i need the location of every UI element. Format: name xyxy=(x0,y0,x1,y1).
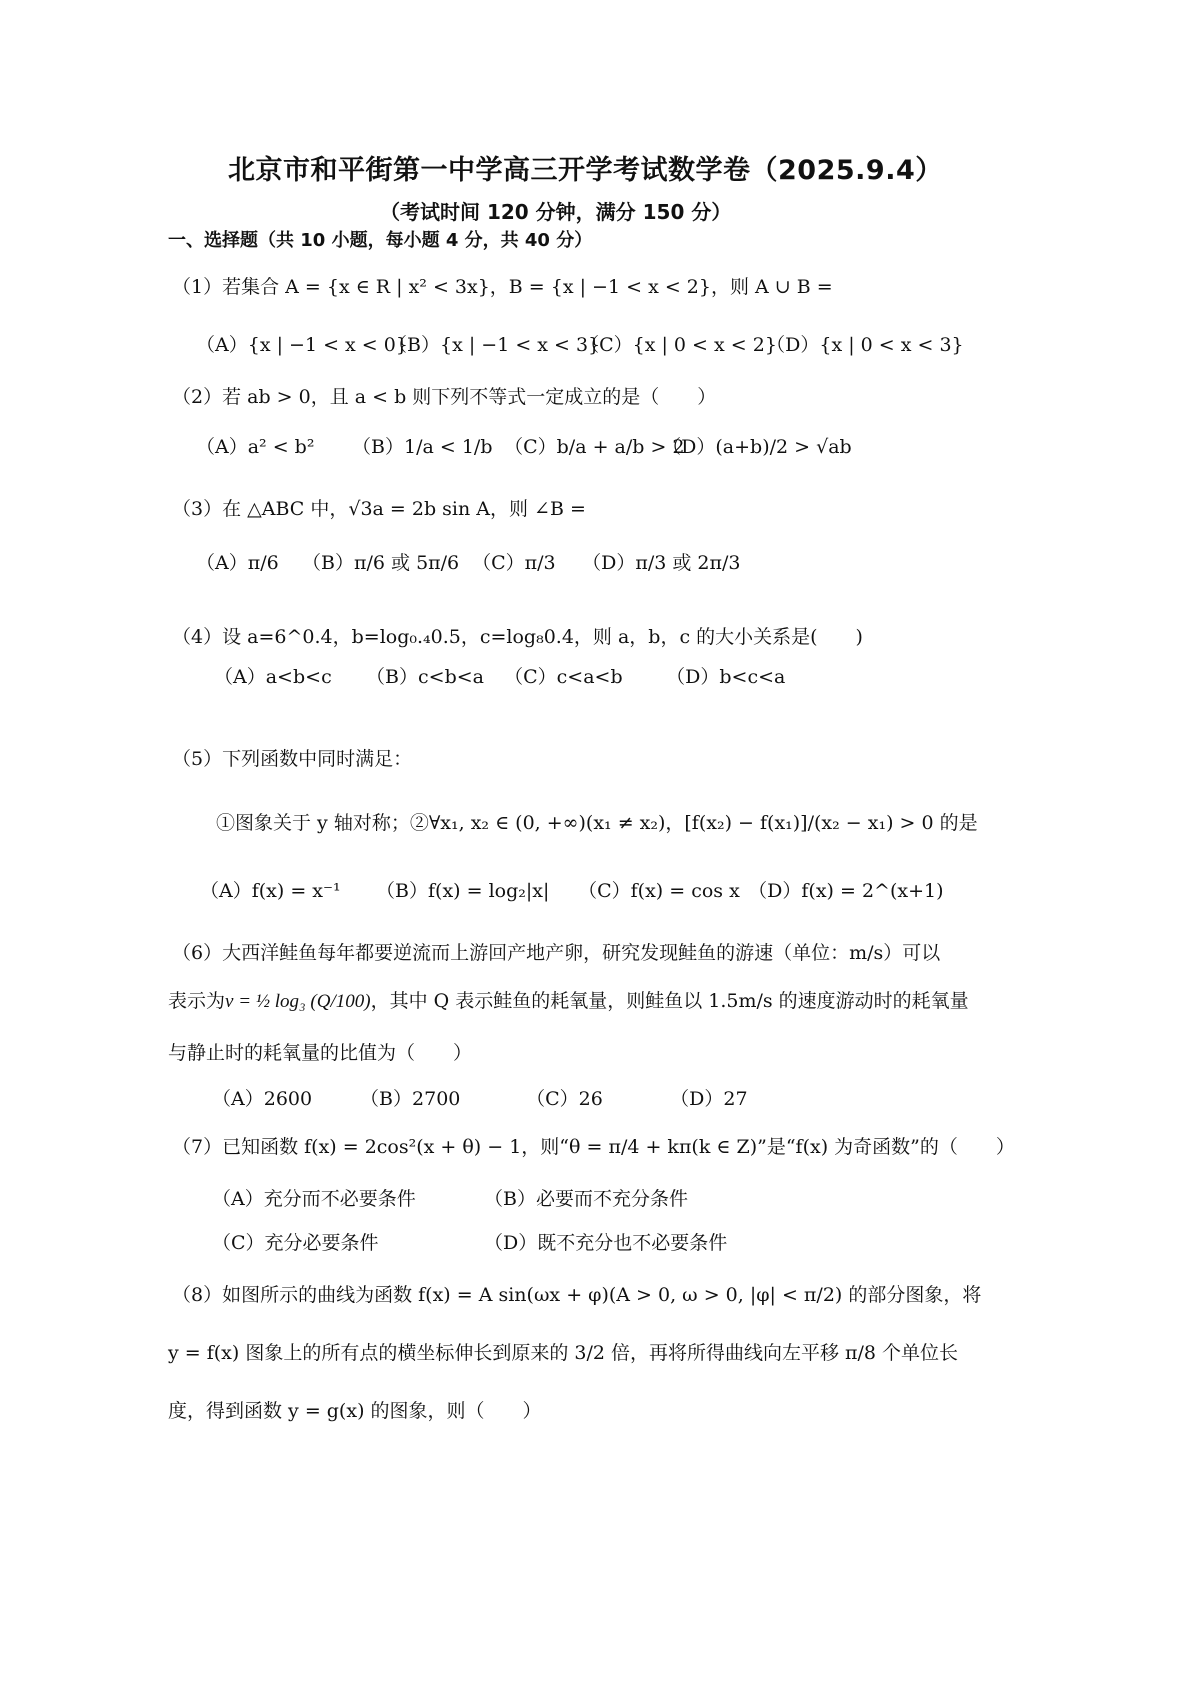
question-1-stem: （1）若集合 A = {x ∈ R | x² < 3x}，B = {x | −1… xyxy=(172,276,833,299)
question-6-stem-line2: 表示为v = ½ log₃ (Q/100)，其中 Q 表示鲑鱼的耗氧量，则鲑鱼以… xyxy=(168,990,969,1014)
question-number: （1） xyxy=(172,276,222,298)
question-5-stem: （5）下列函数中同时满足： xyxy=(172,748,412,771)
option-a[interactable]: （A）f(x) = x⁻¹ xyxy=(200,880,370,903)
option-a[interactable]: （A）a<b<c xyxy=(214,666,360,689)
question-6-stem-line1: （6）大西洋鲑鱼每年都要逆流而上游回产地产卵，研究发现鲑鱼的游速（单位：m/s）… xyxy=(172,942,940,965)
question-5-condition: ①图象关于 y 轴对称；②∀x₁, x₂ ∈ (0, +∞)(x₁ ≠ x₂)，… xyxy=(216,812,978,835)
option-b[interactable]: （B）必要而不充分条件 xyxy=(484,1188,688,1211)
option-a[interactable]: （A）a² < b² xyxy=(196,436,346,459)
question-4-options: （A）a<b<c （B）c<b<a （C）c<a<b （D）b<c<a xyxy=(214,666,785,689)
question-text: 下列函数中同时满足： xyxy=(222,748,412,770)
question-5-options: （A）f(x) = x⁻¹ （B）f(x) = log₂|x| （C）f(x) … xyxy=(200,880,944,903)
question-number: （5） xyxy=(172,748,222,770)
question-text: 已知函数 f(x) = 2cos²(x + θ) − 1，则“θ = π/4 +… xyxy=(222,1136,1015,1158)
option-d[interactable]: （D）f(x) = 2^(x+1) xyxy=(748,880,943,903)
question-7-stem: （7）已知函数 f(x) = 2cos²(x + θ) − 1，则“θ = π/… xyxy=(172,1136,1015,1159)
option-a[interactable]: （A）充分而不必要条件 xyxy=(212,1188,478,1211)
question-2-options: （A）a² < b² （B）1/a < 1/b （C）b/a + a/b > 2… xyxy=(196,436,852,459)
question-text: 若集合 A = {x ∈ R | x² < 3x}，B = {x | −1 < … xyxy=(222,276,833,298)
option-c[interactable]: （C）{x | 0 < x < 2} xyxy=(580,334,760,357)
question-number: （4） xyxy=(172,626,222,648)
question-4-stem: （4）设 a=6^0.4，b=log₀.₄0.5，c=log₈0.4，则 a，b… xyxy=(172,626,863,649)
option-b[interactable]: （B）1/a < 1/b xyxy=(352,436,498,459)
option-c[interactable]: （C）26 xyxy=(526,1088,664,1111)
question-7-options-row2: （C）充分必要条件 （D）既不充分也不必要条件 xyxy=(212,1232,727,1255)
option-b[interactable]: （B）f(x) = log₂|x| xyxy=(376,880,572,903)
option-d[interactable]: （D）(a+b)/2 > √ab xyxy=(662,436,852,459)
question-8-stem-line3: 度，得到函数 y = g(x) 的图象，则（ ） xyxy=(168,1400,542,1423)
option-b[interactable]: （B）{x | −1 < x < 3} xyxy=(388,334,574,357)
question-number: （2） xyxy=(172,386,222,408)
question-6-stem-line3: 与静止时的耗氧量的比值为（ ） xyxy=(168,1042,472,1065)
exam-title: 北京市和平街第一中学高三开学考试数学卷（2025.9.4） xyxy=(228,148,943,187)
question-8-stem-line1: （8）如图所示的曲线为函数 f(x) = A sin(ωx + φ)(A > 0… xyxy=(172,1284,981,1307)
question-number: （7） xyxy=(172,1136,222,1158)
option-a[interactable]: （A）2600 xyxy=(212,1088,354,1111)
option-c[interactable]: （C）充分必要条件 xyxy=(212,1232,478,1255)
option-d[interactable]: （D）既不充分也不必要条件 xyxy=(484,1232,727,1255)
question-number: （8） xyxy=(172,1284,222,1306)
option-d[interactable]: （D）{x | 0 < x < 3} xyxy=(766,334,964,357)
option-c[interactable]: （C）π/3 xyxy=(472,552,576,575)
question-3-options: （A）π/6 （B）π/6 或 5π/6 （C）π/3 （D）π/3 或 2π/… xyxy=(196,552,741,575)
question-text: 设 a=6^0.4，b=log₀.₄0.5，c=log₈0.4，则 a，b，c … xyxy=(222,626,863,648)
section-heading: 一、选择题（共 10 小题，每小题 4 分，共 40 分） xyxy=(168,226,592,252)
question-3-stem: （3）在 △ABC 中，√3a = 2b sin A，则 ∠B = xyxy=(172,498,586,521)
question-6-options: （A）2600 （B）2700 （C）26 （D）27 xyxy=(212,1088,748,1111)
option-d[interactable]: （D）π/3 或 2π/3 xyxy=(582,552,740,575)
option-b[interactable]: （B）π/6 或 5π/6 xyxy=(302,552,466,575)
option-c[interactable]: （C）f(x) = cos x xyxy=(578,880,742,903)
option-d[interactable]: （D）27 xyxy=(670,1088,747,1111)
option-b[interactable]: （B）c<b<a xyxy=(366,666,498,689)
exam-subtitle: （考试时间 120 分钟，满分 150 分） xyxy=(380,196,731,225)
option-c[interactable]: （C）c<a<b xyxy=(504,666,660,689)
question-2-stem: （2）若 ab > 0，且 a < b 则下列不等式一定成立的是（ ） xyxy=(172,386,716,409)
salmon-speed-formula: v = ½ log₃ (Q/100) xyxy=(225,991,371,1012)
question-8-stem-line2: y = f(x) 图象上的所有点的横坐标伸长到原来的 3/2 倍，再将所得曲线向… xyxy=(168,1342,958,1365)
option-b[interactable]: （B）2700 xyxy=(360,1088,520,1111)
question-7-options-row1: （A）充分而不必要条件 （B）必要而不充分条件 xyxy=(212,1188,688,1211)
question-1-options: （A）{x | −1 < x < 0} （B）{x | −1 < x < 3} … xyxy=(196,334,964,357)
question-number: （3） xyxy=(172,498,222,520)
question-text: 若 ab > 0，且 a < b 则下列不等式一定成立的是（ ） xyxy=(222,386,716,408)
option-d[interactable]: （D）b<c<a xyxy=(666,666,785,689)
option-c[interactable]: （C）b/a + a/b > 2 xyxy=(504,436,656,459)
option-a[interactable]: （A）π/6 xyxy=(196,552,296,575)
question-text: 在 △ABC 中，√3a = 2b sin A，则 ∠B = xyxy=(222,498,586,520)
option-a[interactable]: （A）{x | −1 < x < 0} xyxy=(196,334,382,357)
question-number: （6） xyxy=(172,942,222,964)
